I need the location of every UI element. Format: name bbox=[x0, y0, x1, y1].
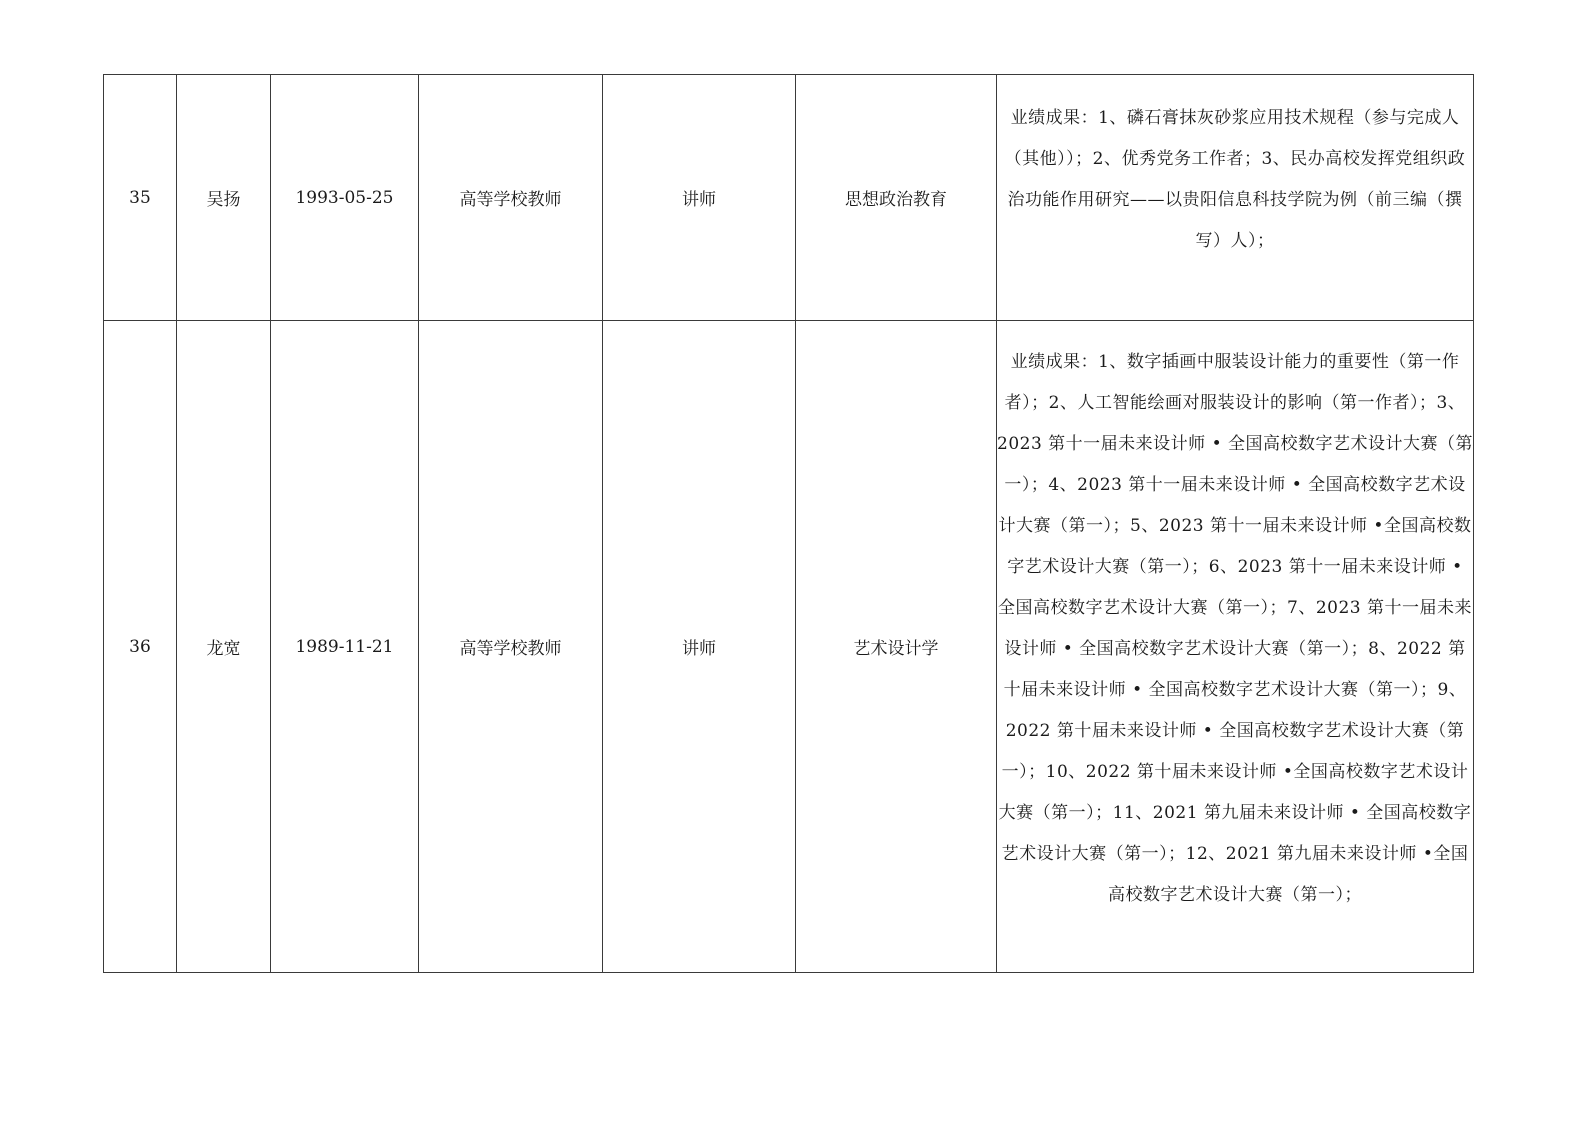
cell-achievements: 业绩成果：1、数字插画中服装设计能力的重要性（第一作者）；2、人工智能绘画对服装… bbox=[997, 321, 1474, 973]
cell-birth-date: 1993-05-25 bbox=[271, 75, 419, 321]
cell-name: 龙宽 bbox=[177, 321, 271, 973]
cell-birth-date: 1989-11-21 bbox=[271, 321, 419, 973]
table-row: 36 龙宽 1989-11-21 高等学校教师 讲师 艺术设计学 业绩成果：1、… bbox=[104, 321, 1474, 973]
cell-achievements: 业绩成果：1、磷石膏抹灰砂浆应用技术规程（参与完成人（其他））；2、优秀党务工作… bbox=[997, 75, 1474, 321]
cell-number: 36 bbox=[104, 321, 177, 973]
cell-title: 讲师 bbox=[603, 75, 796, 321]
cell-title: 讲师 bbox=[603, 321, 796, 973]
cell-number: 35 bbox=[104, 75, 177, 321]
table-row: 35 吴扬 1993-05-25 高等学校教师 讲师 思想政治教育 业绩成果：1… bbox=[104, 75, 1474, 321]
cell-name: 吴扬 bbox=[177, 75, 271, 321]
cell-major: 思想政治教育 bbox=[796, 75, 997, 321]
cell-position-type: 高等学校教师 bbox=[419, 75, 603, 321]
cell-major: 艺术设计学 bbox=[796, 321, 997, 973]
cell-position-type: 高等学校教师 bbox=[419, 321, 603, 973]
personnel-table: 35 吴扬 1993-05-25 高等学校教师 讲师 思想政治教育 业绩成果：1… bbox=[103, 74, 1474, 973]
